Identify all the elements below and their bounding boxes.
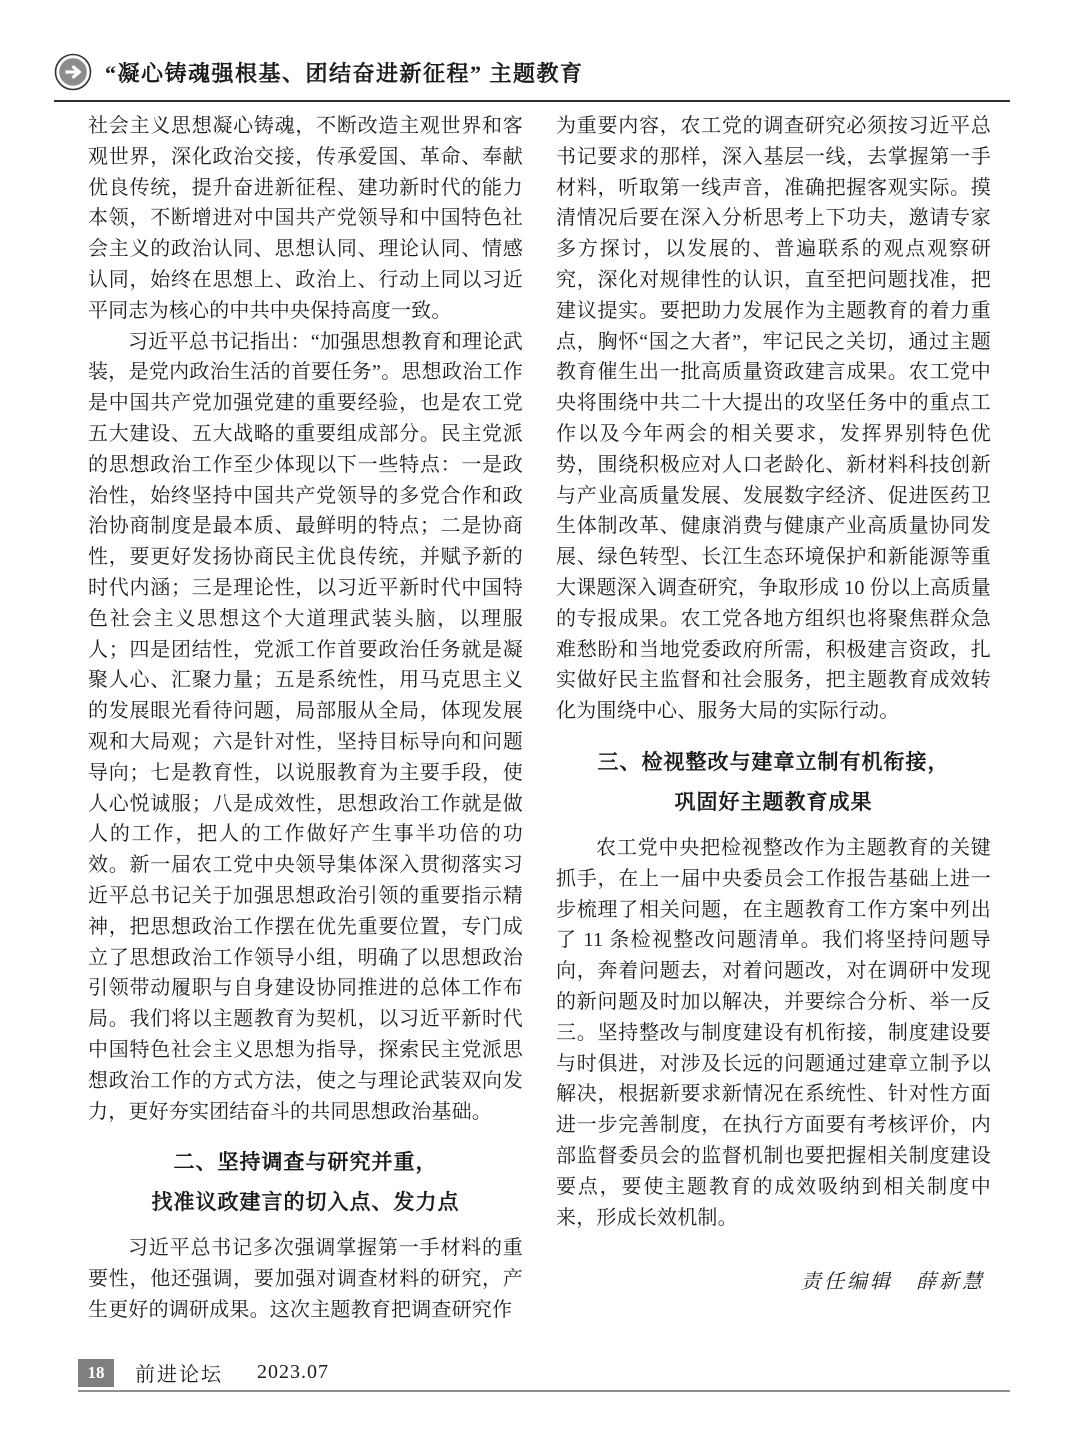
page-title: “凝心铸魂强根基、团结奋进新征程” 主题教育: [105, 57, 584, 88]
body-paragraph: 习近平总书记指出：“加强思想教育和理论武装，是党内政治生活的首要任务”。思想政治…: [88, 327, 523, 1128]
header-rule: [54, 100, 1010, 102]
section-heading-3: 三、检视整改与建章立制有机衔接， 巩固好主题教育成果: [556, 742, 991, 822]
journal-name: 前进论坛: [135, 1358, 223, 1387]
body-paragraph: 社会主义思想凝心铸魂，不断改造主观世界和客观世界，深化政治交接，传承爱国、革命、…: [88, 111, 523, 327]
right-column: 为重要内容，农工党的调查研究必须按习近平总书记要求的那样，深入基层一线，去掌握第…: [556, 111, 991, 1326]
left-column: 社会主义思想凝心铸魂，不断改造主观世界和客观世界，深化政治交接，传承爱国、革命、…: [88, 111, 523, 1326]
section-heading-line: 三、检视整改与建章立制有机衔接，: [556, 742, 991, 782]
page-header: “凝心铸魂强根基、团结奋进新征程” 主题教育: [54, 53, 1010, 91]
section-heading-2: 二、坚持调查与研究并重， 找准议政建言的切入点、发力点: [88, 1142, 523, 1222]
circled-arrow-icon: [54, 53, 92, 91]
section-heading-line: 二、坚持调查与研究并重，: [88, 1142, 523, 1182]
body-paragraph: 农工党中央把检视整改作为主题教育的关键抓手，在上一届中央委员会工作报告基础上进一…: [556, 833, 991, 1233]
section-heading-line: 巩固好主题教育成果: [556, 782, 991, 822]
editor-credit: 责任编辑 薛新慧: [556, 1265, 991, 1294]
page-number-badge: 18: [78, 1359, 114, 1387]
section-heading-line: 找准议政建言的切入点、发力点: [88, 1182, 523, 1222]
body-paragraph: 习近平总书记多次强调掌握第一手材料的重要性，他还强调，要加强对调查材料的研究，产…: [88, 1233, 523, 1325]
page-footer: 18 前进论坛 2023.07: [78, 1358, 1010, 1392]
journal-page: “凝心铸魂强根基、团结奋进新征程” 主题教育 社会主义思想凝心铸魂，不断改造主观…: [0, 0, 1071, 1454]
article-body: 社会主义思想凝心铸魂，不断改造主观世界和客观世界，深化政治交接，传承爱国、革命、…: [88, 111, 991, 1326]
body-paragraph: 为重要内容，农工党的调查研究必须按习近平总书记要求的那样，深入基层一线，去掌握第…: [556, 111, 991, 727]
issue-date: 2023.07: [257, 1361, 329, 1384]
